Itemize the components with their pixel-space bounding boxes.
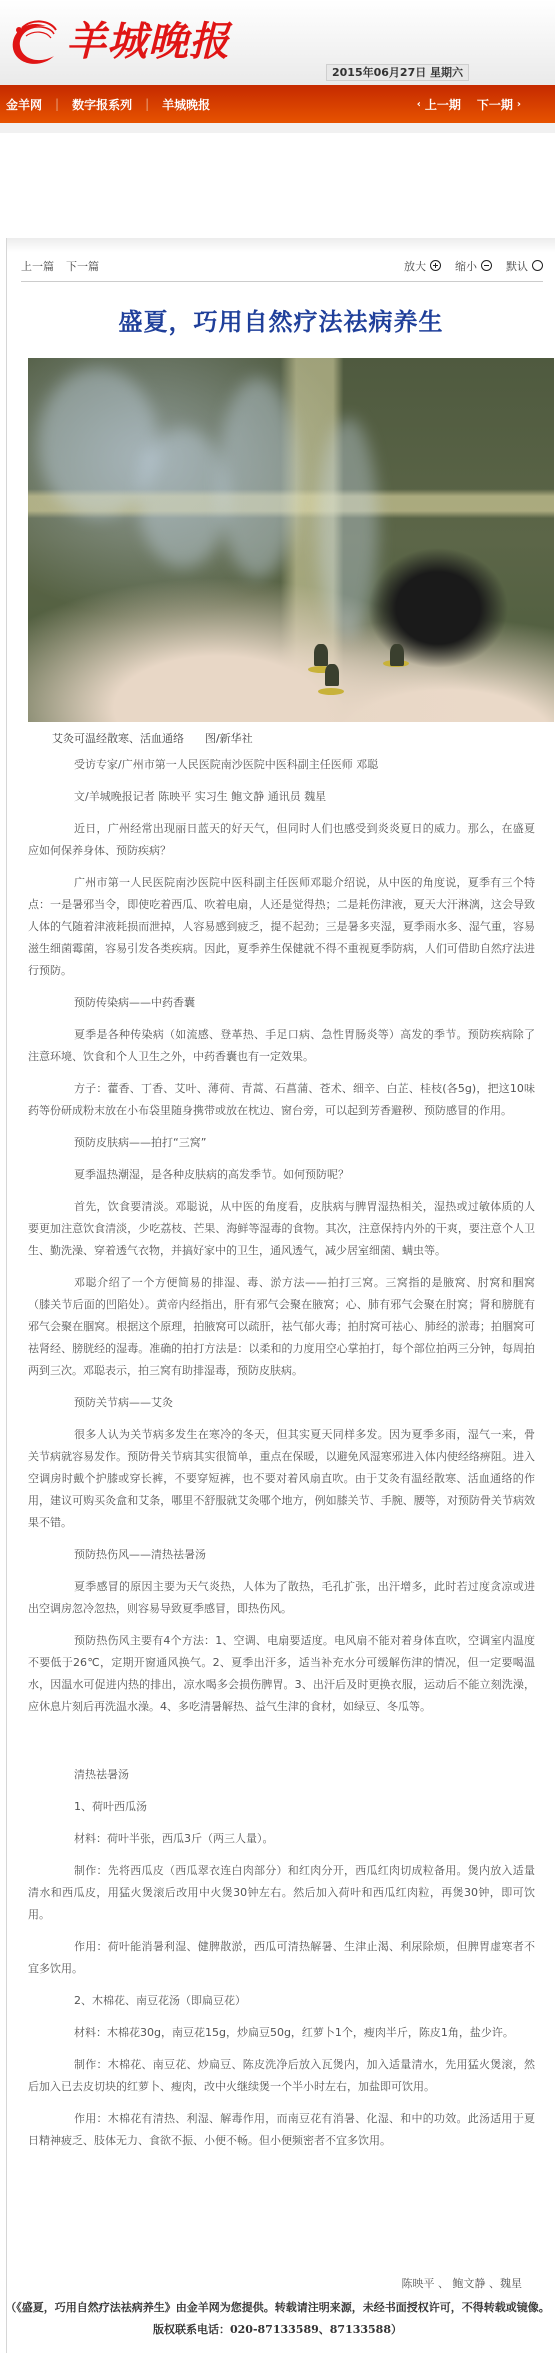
nav-separator: |: [145, 97, 149, 111]
issue-date: 2015年06月27日 星期六: [326, 64, 469, 81]
prev-article-link[interactable]: 上一篇: [21, 258, 54, 274]
section-heading: 预防关节病——艾灸: [28, 1392, 535, 1414]
paragraph: 材料：木棉花30g，南豆花15g，炒扁豆50g，红萝卜1个，瘦肉半斤，陈皮1角，…: [28, 2022, 535, 2044]
zoom-out-button[interactable]: 缩小: [455, 258, 492, 274]
article-title: 盛夏，巧用自然疗法祛病养生: [7, 302, 555, 337]
next-article-link[interactable]: 下一篇: [66, 258, 99, 274]
next-issue-link[interactable]: 下一期: [477, 96, 513, 113]
paragraph: 预防热伤风主要有4个方法：1、空调、电扇要适度。电风扇不能对着身体直吹，空调室内…: [28, 1630, 535, 1718]
moxa-cone: [325, 664, 339, 686]
article-toolbar: 上一篇 下一篇 放大 缩小 默认: [21, 250, 543, 282]
zoom-in-button[interactable]: 放大: [404, 258, 441, 274]
paragraph: 夏季感冒的原因主要为天气炎热，人体为了散热，毛孔扩张，出汗增多，此时若过度贪凉或…: [28, 1576, 535, 1620]
ad-placeholder: [0, 133, 555, 243]
section-heading: 预防热伤风——清热祛暑汤: [28, 1544, 535, 1566]
paragraph: 制作：木棉花、南豆花、炒扁豆、陈皮洗净后放入瓦煲内，加入适量清水，先用猛火煲滚，…: [28, 2054, 535, 2098]
paragraph: 作用：荷叶能消暑利湿、健脾散淤，西瓜可清热解暑、生津止渴、利尿除烦，但脾胃虚寒者…: [28, 1936, 535, 1980]
paragraph: 文/羊城晚报记者 陈映平 实习生 鲍文静 通讯员 魏星: [28, 786, 535, 808]
circle-icon: [532, 260, 543, 271]
section-heading: 预防皮肤病——拍打“三窝”: [28, 1132, 535, 1154]
minus-circle-icon: [481, 260, 492, 271]
paragraph: 近日，广州经常出现丽日蓝天的好天气，但同时人们也感受到炎炎夏日的威力。那么，在盛…: [28, 818, 535, 862]
moxa-cone: [314, 644, 328, 666]
paragraph: 材料：荷叶半张，西瓜3斤（两三人量）。: [28, 1828, 535, 1850]
site-logo[interactable]: 羊城晚报: [6, 14, 230, 70]
plus-circle-icon: [430, 260, 441, 271]
paragraph: 夏季温热潮湿，是各种皮肤病的高发季节。如何预防呢？: [28, 1164, 535, 1186]
paragraph: 受访专家/广州市第一人民医院南沙医院中医科副主任医师 邓聪: [28, 754, 535, 776]
site-header: 羊城晚报 2015年06月27日 星期六: [0, 0, 555, 85]
zoom-out-label: 缩小: [455, 258, 477, 274]
nav-separator: |: [55, 97, 59, 111]
nav-item-digital-series[interactable]: 数字报系列: [72, 96, 132, 113]
paragraph: 夏季是各种传染病（如流感、登革热、手足口病、急性胃肠炎等）高发的季节。预防疾病除…: [28, 1024, 535, 1068]
recipe-heading: 2、木棉花、南豆花汤（即扁豆花）: [28, 1990, 535, 2012]
paragraph: 很多人认为关节病多发生在寒冷的冬天，但其实夏天同样多发。因为夏季多雨，湿气一来，…: [28, 1424, 535, 1534]
logo-swirl-icon: [6, 14, 62, 70]
main-nav: 金羊网 | 数字报系列 | 羊城晚报 ‹ 上一期 下一期 ›: [0, 85, 555, 123]
nav-item-ycwb[interactable]: 羊城晚报: [162, 96, 210, 113]
paragraph: 邓聪介绍了一个方便简易的排湿、毒、淤方法——拍打三窝。三窝指的是腋窝、肘窝和腘窝…: [28, 1272, 535, 1382]
chevron-right-icon: ›: [517, 99, 521, 110]
prev-issue-link[interactable]: 上一期: [425, 96, 461, 113]
zoom-in-label: 放大: [404, 258, 426, 274]
chevron-left-icon: ‹: [417, 99, 421, 110]
moxa-base: [318, 688, 344, 695]
divider-strip: [0, 123, 555, 133]
default-size-button[interactable]: 默认: [506, 258, 543, 274]
copyright-notice: （《盛夏，巧用自然疗法祛病养生》由金羊网为您提供。转载请注明来源，未经书面授权许…: [0, 2297, 555, 2341]
article-body: 受访专家/广州市第一人民医院南沙医院中医科副主任医师 邓聪 文/羊城晚报记者 陈…: [28, 754, 535, 2162]
article-panel: 上一篇 下一篇 放大 缩小 默认 盛夏，巧用自然疗法祛病养生: [6, 238, 555, 2353]
paragraph: 方子：藿香、丁香、艾叶、薄荷、青蒿、石菖蒲、苍术、细辛、白芷、桂枝(各5g)，把…: [28, 1078, 535, 1122]
smoke-shape: [218, 378, 298, 578]
recipe-heading: 1、荷叶西瓜汤: [28, 1796, 535, 1818]
logo-text: 羊城晚报: [66, 14, 230, 70]
article-byline: 陈映平 、 鲍文静 、魏星: [402, 2275, 523, 2291]
paragraph: 广州市第一人民医院南沙医院中医科副主任医师邓聪介绍说，从中医的角度说，夏季有三个…: [28, 872, 535, 982]
blank-line: [28, 1728, 535, 1764]
photo-caption: 艾灸可温经散寒、活血通络 图/新华社: [52, 730, 253, 746]
paragraph: 首先，饮食要清淡。邓聪说，从中医的角度看，皮肤病与脾胃湿热相关，湿热或过敏体质的…: [28, 1196, 535, 1262]
moxa-cone: [390, 644, 404, 666]
article-photo: [28, 358, 554, 722]
section-heading: 预防传染病——中药香囊: [28, 992, 535, 1014]
section-heading: 清热祛暑汤: [28, 1764, 535, 1786]
smoke-shape: [138, 428, 228, 568]
smoke-shape: [318, 418, 378, 638]
paragraph: 制作：先将西瓜皮（西瓜翠衣连白肉部分）和红肉分开，西瓜红肉切成粒备用。煲内放入适…: [28, 1860, 535, 1926]
issue-pager: ‹ 上一期 下一期 ›: [417, 96, 521, 113]
font-size-tools: 放大 缩小 默认: [390, 258, 543, 274]
default-size-label: 默认: [506, 258, 528, 274]
nav-item-jinyang[interactable]: 金羊网: [6, 96, 42, 113]
paragraph: 作用：木棉花有清热、利湿、解毒作用，而南豆花有消暑、化湿、和中的功效。此汤适用于…: [28, 2108, 535, 2152]
